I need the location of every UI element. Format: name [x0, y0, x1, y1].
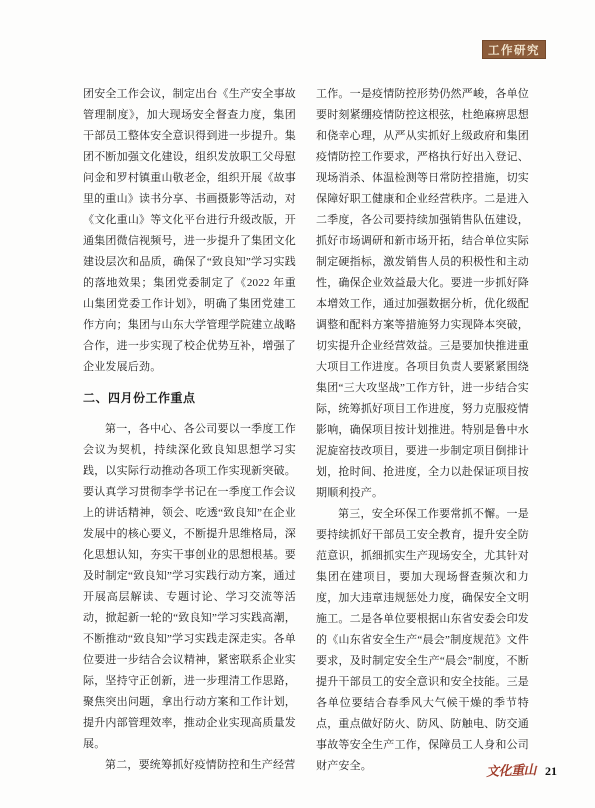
article-body: 团安全工作会议，制定出台《生产安全事故管理制度》，加大现场安全督查力度，集团干部… [83, 84, 529, 796]
right-column: 工作。一是疫情防控形势仍然严峻，各单位要时刻紧绷疫情防控这根弦，杜绝麻痹思想和侥… [316, 84, 529, 796]
page-footer: 文化重山 21 [486, 760, 557, 779]
section-heading-april-priorities: 二、四月份工作重点 [83, 388, 296, 409]
left-column: 团安全工作会议，制定出台《生产安全事故管理制度》，加大现场安全督查力度，集团干部… [83, 84, 296, 796]
magazine-page: 工作研究 团安全工作会议，制定出台《生产安全事故管理制度》，加大现场安全督查力度… [0, 0, 595, 808]
paragraph-second-point-continued: 工作。一是疫情防控形势仍然严峻，各单位要时刻紧绷疫情防控这根弦，杜绝麻痹思想和侥… [316, 84, 529, 504]
category-tag: 工作研究 [482, 40, 546, 59]
page-number: 21 [545, 764, 557, 779]
paragraph-third-point: 第三，安全环保工作要常抓不懈。一是要持续抓好干部员工安全教育，提升安全防范意识，… [316, 504, 529, 777]
paragraph-continuation: 团安全工作会议，制定出台《生产安全事故管理制度》，加大现场安全督查力度，集团干部… [83, 84, 296, 378]
journal-logo: 文化重山 [486, 759, 537, 780]
paragraph-second-point-start: 第二，要统筹抓好疫情防控和生产经营 [83, 755, 296, 776]
paragraph-first-point: 第一，各中心、各公司要以一季度工作会议为契机，持续深化致良知思想学习实践，以实际… [83, 419, 296, 755]
